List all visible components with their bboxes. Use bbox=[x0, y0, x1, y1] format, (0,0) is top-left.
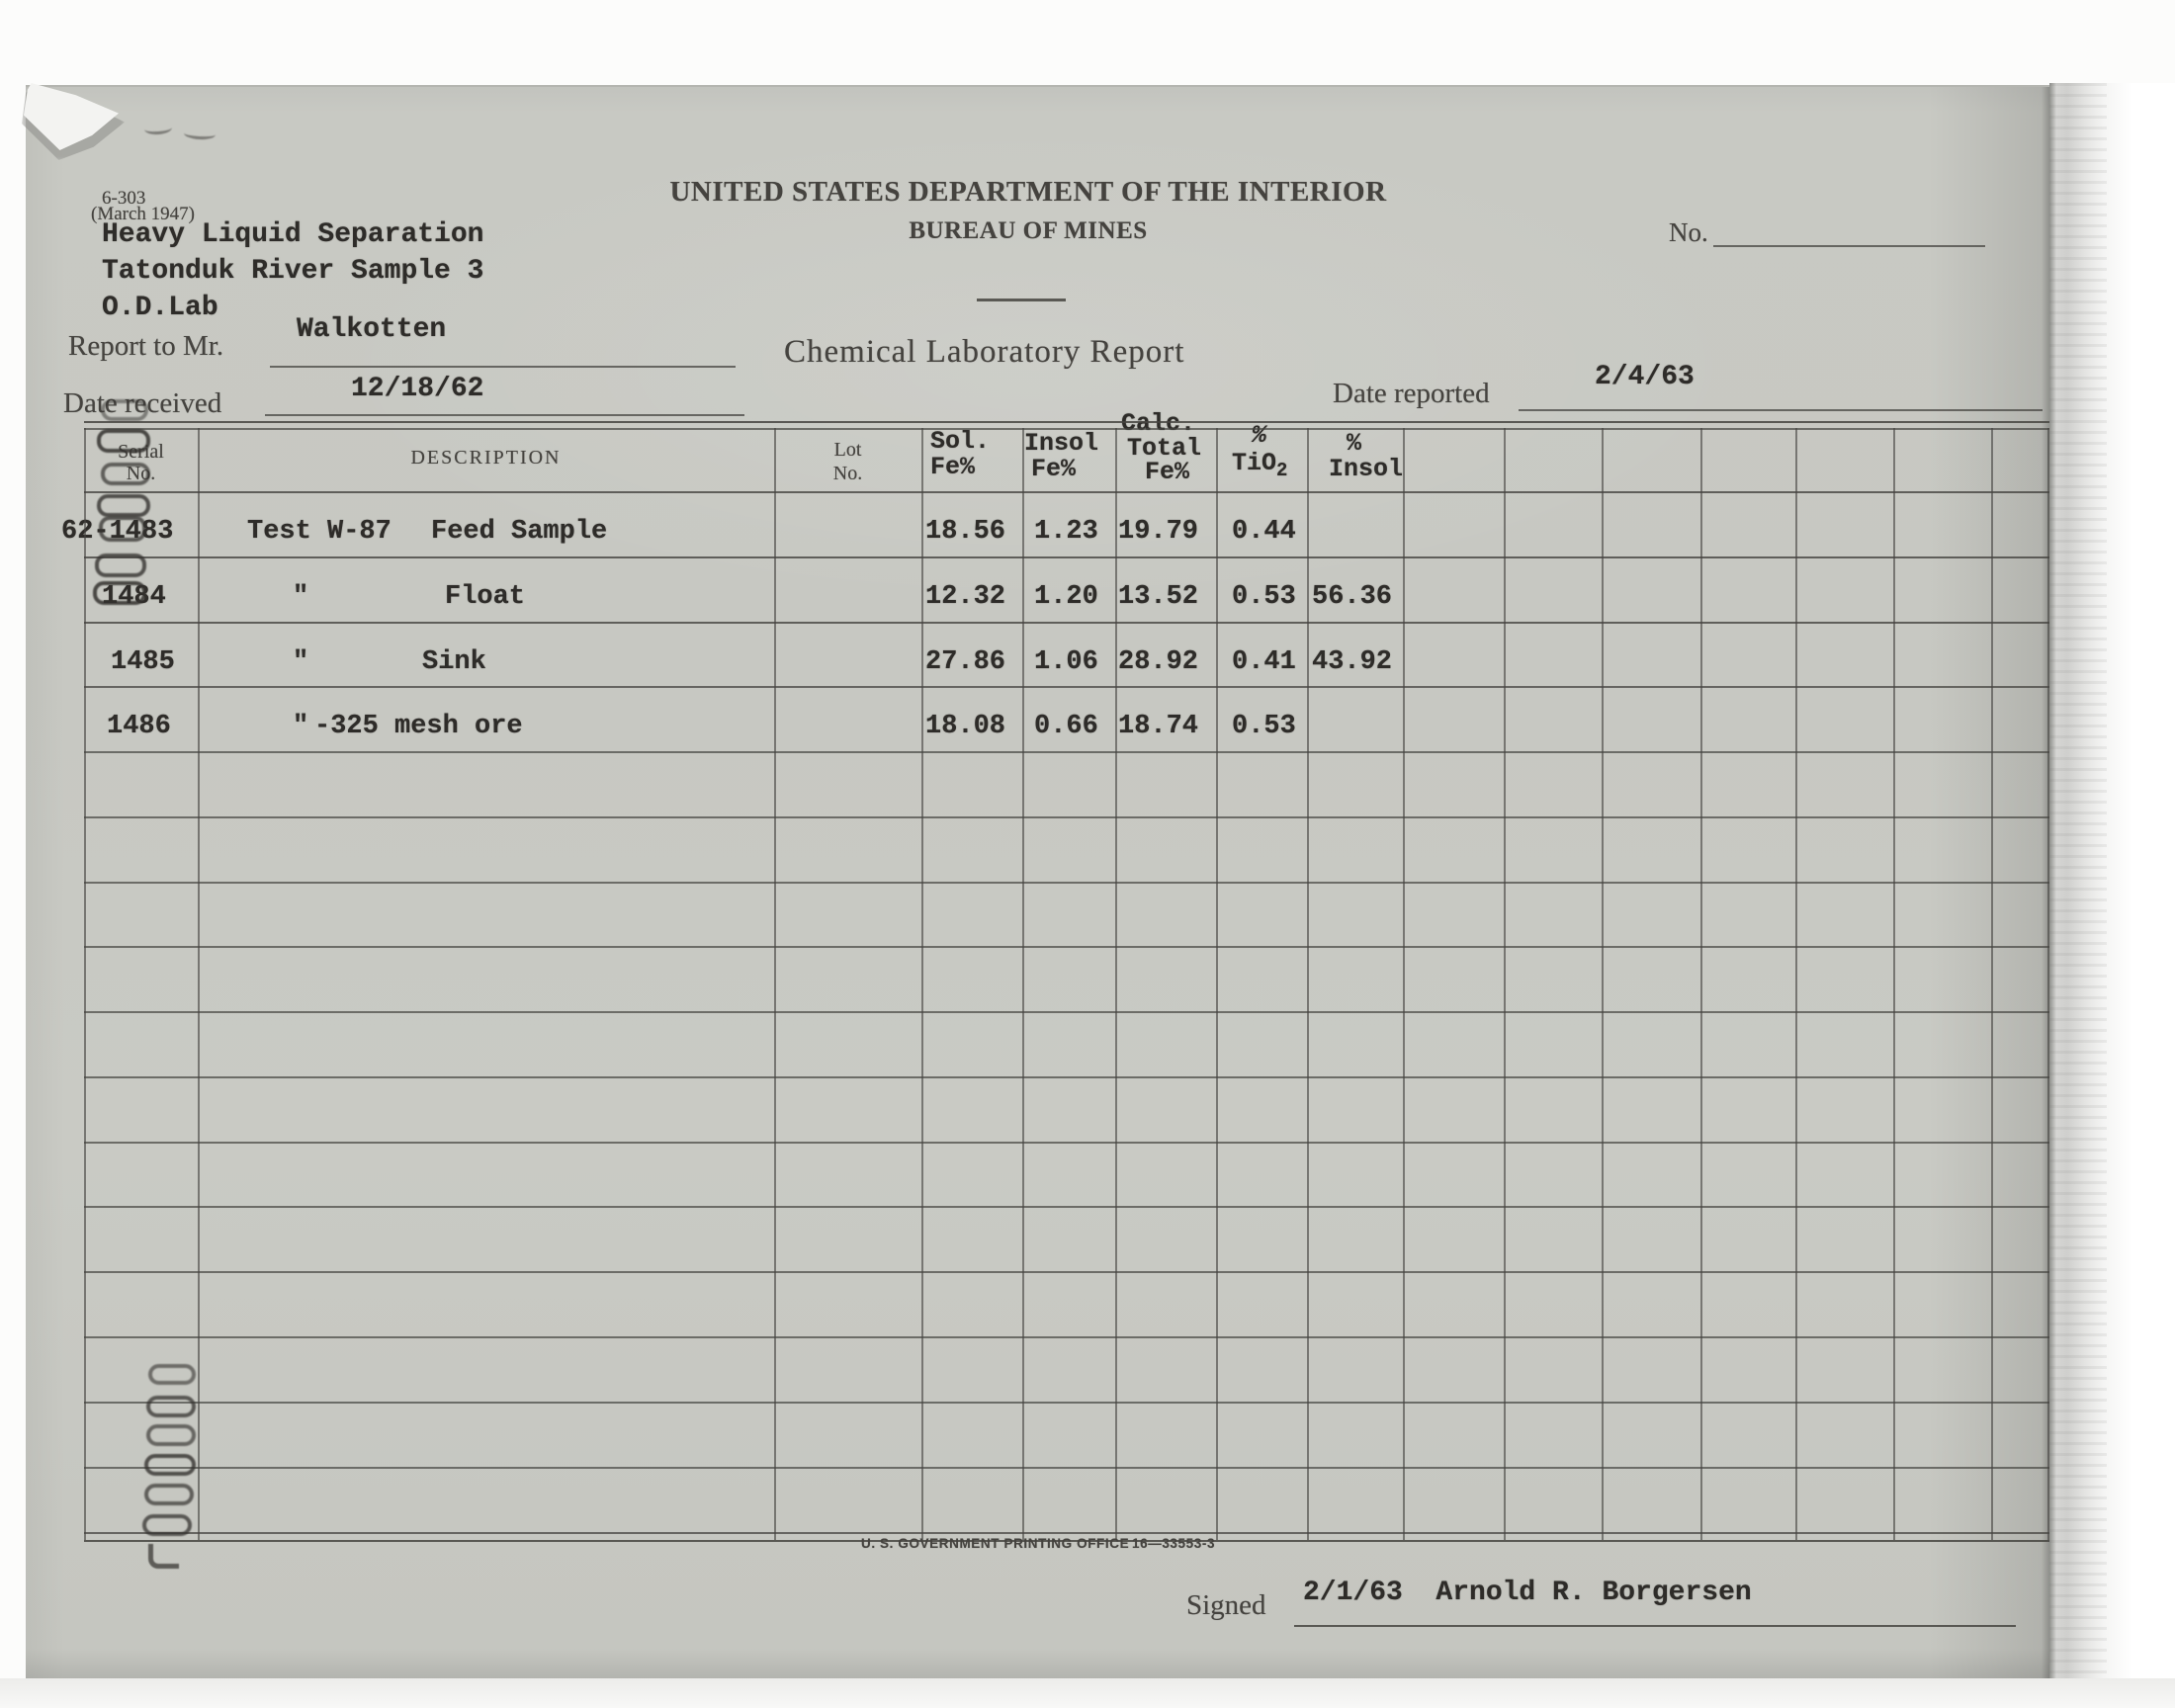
table-grid-line bbox=[84, 428, 86, 1540]
signed-line bbox=[1294, 1625, 2016, 1627]
table-grid-line bbox=[84, 1336, 2049, 1338]
table-grid-line bbox=[84, 751, 2049, 753]
table-row: 1484 " Float 12.32 1.20 13.52 0.53 56.36 bbox=[0, 556, 2049, 622]
table-grid-line bbox=[84, 428, 2049, 430]
cell-sol-fe: 18.56 bbox=[925, 517, 1005, 547]
binder-hook-mark bbox=[148, 1544, 179, 1569]
table-grid-line bbox=[84, 491, 2049, 493]
col-tio2-sub: 2 bbox=[1276, 460, 1287, 481]
cell-sample: Feed Sample bbox=[431, 517, 607, 547]
col-tio2-pct: % bbox=[1252, 421, 1266, 450]
col-pct-insol-label: Insol bbox=[1329, 455, 1403, 483]
no-label: No. bbox=[1669, 217, 1708, 248]
cell-tio2: 0.44 bbox=[1232, 517, 1296, 547]
header-divider bbox=[977, 299, 1066, 301]
cell-sample: Sink bbox=[422, 647, 486, 677]
cell-sol-fe: 27.86 bbox=[925, 647, 1005, 677]
col-tio2-base: TiO bbox=[1232, 449, 1276, 477]
table-grid-line bbox=[1795, 428, 1797, 1540]
signed-label: Signed bbox=[1186, 1589, 1266, 1622]
table-row: 62-1483 Test W-87 Feed Sample 18.56 1.23… bbox=[0, 491, 2049, 556]
binder-mark bbox=[101, 463, 150, 485]
binder-mark bbox=[101, 399, 148, 421]
signed-value: 2/1/63 Arnold R. Borgersen bbox=[1303, 1578, 1752, 1608]
binder-mark bbox=[97, 494, 150, 517]
table-grid-line bbox=[84, 1011, 2049, 1013]
table-grid-line bbox=[84, 816, 2049, 818]
scan-bottom-edge bbox=[0, 1678, 2175, 1708]
cell-tio2: 0.41 bbox=[1232, 647, 1296, 677]
cell-insol-fe: 0.66 bbox=[1034, 712, 1098, 741]
scan-edge-strip bbox=[2049, 83, 2175, 1680]
date-reported-label: Date reported bbox=[1333, 378, 1490, 410]
cell-calc-total-fe: 19.79 bbox=[1118, 517, 1198, 547]
date-reported-line bbox=[1519, 409, 2043, 411]
table-grid-line bbox=[84, 946, 2049, 948]
sample-note-line1: Heavy Liquid Separation bbox=[102, 219, 483, 250]
date-received-value: 12/18/62 bbox=[351, 374, 483, 404]
table-grid-line bbox=[84, 1467, 2049, 1469]
table-grid-line bbox=[198, 428, 200, 1540]
binder-mark bbox=[99, 516, 146, 542]
binder-mark bbox=[148, 1364, 196, 1385]
cell-sol-fe: 18.08 bbox=[925, 712, 1005, 741]
binder-mark bbox=[144, 1454, 196, 1476]
table-row: 1485 " Sink 27.86 1.06 28.92 0.41 43.92 bbox=[0, 622, 2049, 687]
table-grid-line bbox=[1991, 428, 1993, 1540]
table-grid-line bbox=[2047, 428, 2049, 1540]
col-insol-line1: Insol bbox=[1024, 429, 1098, 458]
cell-insol-fe: 1.06 bbox=[1034, 647, 1098, 677]
cell-calc-total-fe: 28.92 bbox=[1118, 647, 1198, 677]
col-description: DESCRIPTION bbox=[198, 447, 774, 470]
binder-mark bbox=[142, 1514, 192, 1536]
scanned-document: 6-303 (March 1947) UNITED STATES DEPARTM… bbox=[0, 0, 2175, 1708]
table-grid-line bbox=[1307, 428, 1309, 1540]
table-grid-line bbox=[1893, 428, 1895, 1540]
date-received-line bbox=[265, 414, 744, 416]
binder-mark bbox=[93, 581, 146, 605]
cell-insol-fe: 1.20 bbox=[1034, 582, 1098, 612]
cell-calc-total-fe: 13.52 bbox=[1118, 582, 1198, 612]
date-reported-value: 2/4/63 bbox=[1595, 362, 1695, 392]
table-grid-line bbox=[1022, 428, 1024, 1540]
table-grid-line bbox=[1216, 428, 1218, 1540]
col-lot-line1: Lot bbox=[774, 439, 921, 462]
cell-pct-insol: 43.92 bbox=[1312, 647, 1392, 677]
table-grid-line bbox=[1115, 428, 1117, 1540]
cell-sample: -325 mesh ore bbox=[314, 712, 523, 741]
col-sol-line2: Fe% bbox=[930, 453, 975, 481]
sample-note-line2: Tatonduk River Sample 3 bbox=[102, 256, 483, 287]
binder-mark bbox=[146, 1424, 196, 1446]
cell-sample: Float bbox=[445, 582, 525, 612]
table-grid-line bbox=[84, 1271, 2049, 1273]
cell-pct-insol: 56.36 bbox=[1312, 582, 1392, 612]
cell-sol-fe: 12.32 bbox=[925, 582, 1005, 612]
cell-insol-fe: 1.23 bbox=[1034, 517, 1098, 547]
cell-test-ditto: " bbox=[293, 712, 308, 741]
table-grid-line bbox=[1504, 428, 1506, 1540]
col-calc-line3: Fe% bbox=[1145, 458, 1189, 486]
binder-mark bbox=[97, 429, 150, 453]
cell-serial: 1485 bbox=[111, 647, 175, 677]
cell-test: Test W-87 bbox=[247, 517, 391, 547]
table-grid-line bbox=[84, 622, 2049, 624]
table-grid-line bbox=[84, 882, 2049, 884]
binder-mark bbox=[146, 1396, 196, 1417]
printing-office-note: U. S. GOVERNMENT PRINTING OFFICE bbox=[861, 1536, 1129, 1551]
table-row: 1486 " -325 mesh ore 18.08 0.66 18.74 0.… bbox=[0, 686, 2049, 751]
col-lot-line2: No. bbox=[774, 463, 921, 485]
table-grid-line bbox=[774, 428, 776, 1540]
table-grid-line bbox=[84, 421, 2049, 423]
table-grid-line bbox=[1403, 428, 1405, 1540]
col-pct-insol-pct: % bbox=[1347, 429, 1361, 458]
cell-tio2: 0.53 bbox=[1232, 582, 1296, 612]
cell-test-ditto: " bbox=[293, 582, 308, 612]
sample-note-line3: O.D.Lab bbox=[102, 293, 218, 323]
print-code: 16—33553-3 bbox=[1132, 1536, 1215, 1551]
cell-test-ditto: " bbox=[293, 647, 308, 677]
department-title: UNITED STATES DEPARTMENT OF THE INTERIOR bbox=[633, 176, 1424, 209]
bureau-title: BUREAU OF MINES bbox=[633, 217, 1424, 245]
table-grid-line bbox=[921, 428, 923, 1540]
table-grid-line bbox=[84, 1076, 2049, 1078]
table-grid-line bbox=[84, 556, 2049, 558]
table-grid-line bbox=[1700, 428, 1702, 1540]
table-grid-line bbox=[84, 686, 2049, 688]
report-to-label: Report to Mr. bbox=[68, 330, 223, 363]
col-insol-line2: Fe% bbox=[1031, 455, 1076, 483]
col-sol-line1: Sol. bbox=[930, 427, 990, 456]
table-grid-line bbox=[1602, 428, 1604, 1540]
binder-mark bbox=[144, 1484, 194, 1505]
report-to-value: Walkotten bbox=[297, 314, 446, 345]
no-field-line bbox=[1713, 245, 1985, 247]
cell-calc-total-fe: 18.74 bbox=[1118, 712, 1198, 741]
report-to-line bbox=[270, 366, 736, 368]
cell-tio2: 0.53 bbox=[1232, 712, 1296, 741]
table-grid-line bbox=[84, 1142, 2049, 1144]
table-grid-line bbox=[84, 1206, 2049, 1208]
report-title: Chemical Laboratory Report bbox=[784, 334, 1184, 371]
table-grid-line bbox=[84, 1402, 2049, 1404]
col-tio2: TiO2 bbox=[1232, 449, 1287, 477]
table-grid-line bbox=[84, 1532, 2049, 1534]
binder-mark bbox=[95, 554, 146, 577]
cell-serial: 1486 bbox=[107, 712, 171, 741]
